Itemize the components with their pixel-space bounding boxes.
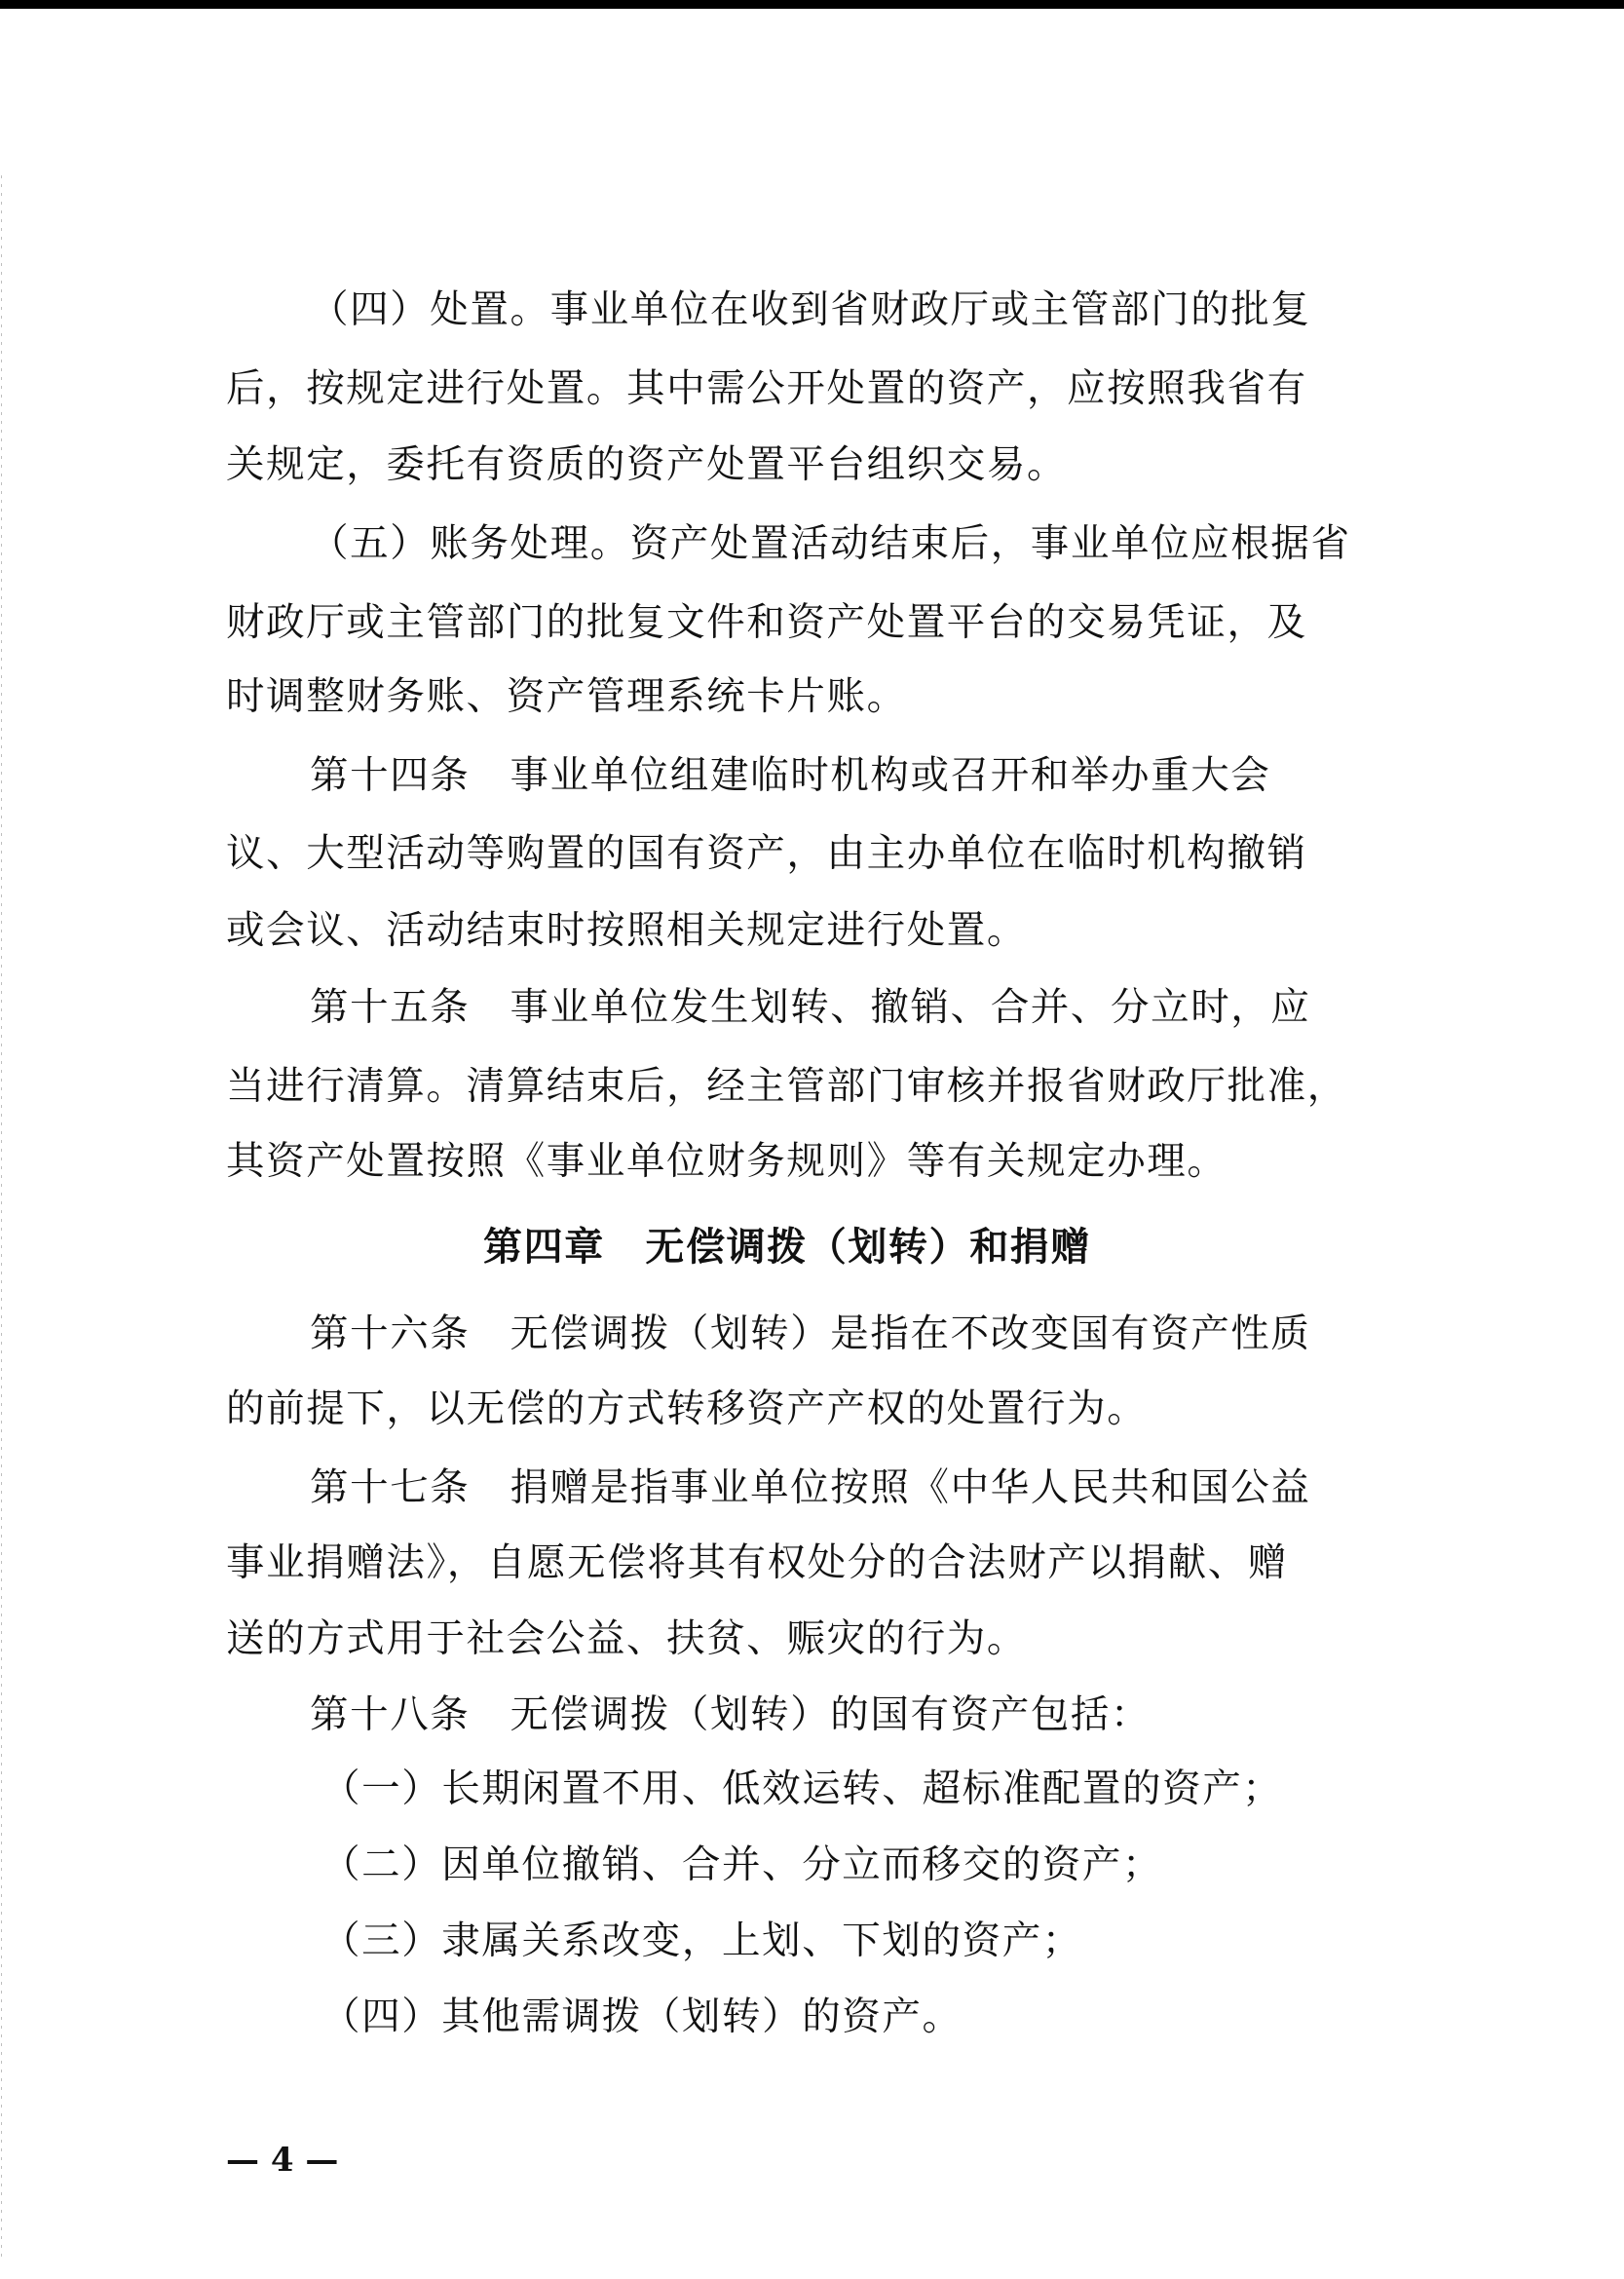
- article-15-line: 当进行清算。清算结束后，经主管部门审核并报省财政厅批准，: [226, 1062, 1347, 1111]
- article-14-line: 第十四条 事业单位组建临时机构或召开和举办重大会: [310, 751, 1270, 800]
- paragraph-line: 时调整财务账、资产管理系统卡片账。: [226, 672, 907, 721]
- article-17-line: 第十七条 捐赠是指事业单位按照《中华人民共和国公益: [310, 1463, 1311, 1512]
- paragraph-line: （四）处置。事业单位在收到省财政厅或主管部门的批复: [310, 285, 1311, 334]
- paragraph-line: （五）账务处理。资产处置活动结束后，事业单位应根据省: [310, 519, 1351, 568]
- chapter-heading: 第四章 无偿调拨（划转）和捐赠: [483, 1223, 1091, 1272]
- paragraph-line: 财政厅或主管部门的批复文件和资产处置平台的交易凭证，及: [226, 598, 1307, 647]
- article-15-line: 其资产处置按照《事业单位财务规则》等有关规定办理。: [226, 1137, 1227, 1186]
- article-14-line: 议、大型活动等购置的国有资产，由主办单位在临时机构撤销: [226, 829, 1307, 878]
- article-15-line: 第十五条 事业单位发生划转、撤销、合并、分立时，应: [310, 983, 1311, 1032]
- article-16-line: 第十六条 无偿调拨（划转）是指在不改变国有资产性质: [310, 1310, 1311, 1358]
- article-14-line: 或会议、活动结束时按照相关规定进行处置。: [226, 906, 1027, 955]
- list-item: （一）长期闲置不用、低效运转、超标准配置的资产；: [321, 1765, 1282, 1813]
- list-item: （四）其他需调拨（划转）的资产。: [321, 1993, 963, 2041]
- document-page: （四）处置。事业单位在收到省财政厅或主管部门的批复 后，按规定进行处置。其中需公…: [0, 0, 1624, 2279]
- list-item: （二）因单位撤销、合并、分立而移交的资产；: [321, 1841, 1162, 1889]
- paragraph-line: 后，按规定进行处置。其中需公开处置的资产，应按照我省有: [226, 364, 1307, 413]
- page-number: — 4 —: [226, 2136, 338, 2184]
- article-17-line: 送的方式用于社会公益、扶贫、赈灾的行为。: [226, 1614, 1027, 1663]
- paragraph-line: 关规定，委托有资质的资产处置平台组织交易。: [226, 440, 1067, 489]
- article-17-line: 事业捐赠法》，自愿无偿将其有权处分的合法财产以捐献、赠: [226, 1538, 1288, 1587]
- article-18-line: 第十八条 无偿调拨（划转）的国有资产包括：: [310, 1690, 1151, 1739]
- article-16-line: 的前提下，以无偿的方式转移资产产权的处置行为。: [226, 1385, 1147, 1433]
- list-item: （三）隶属关系改变，上划、下划的资产；: [321, 1917, 1082, 1965]
